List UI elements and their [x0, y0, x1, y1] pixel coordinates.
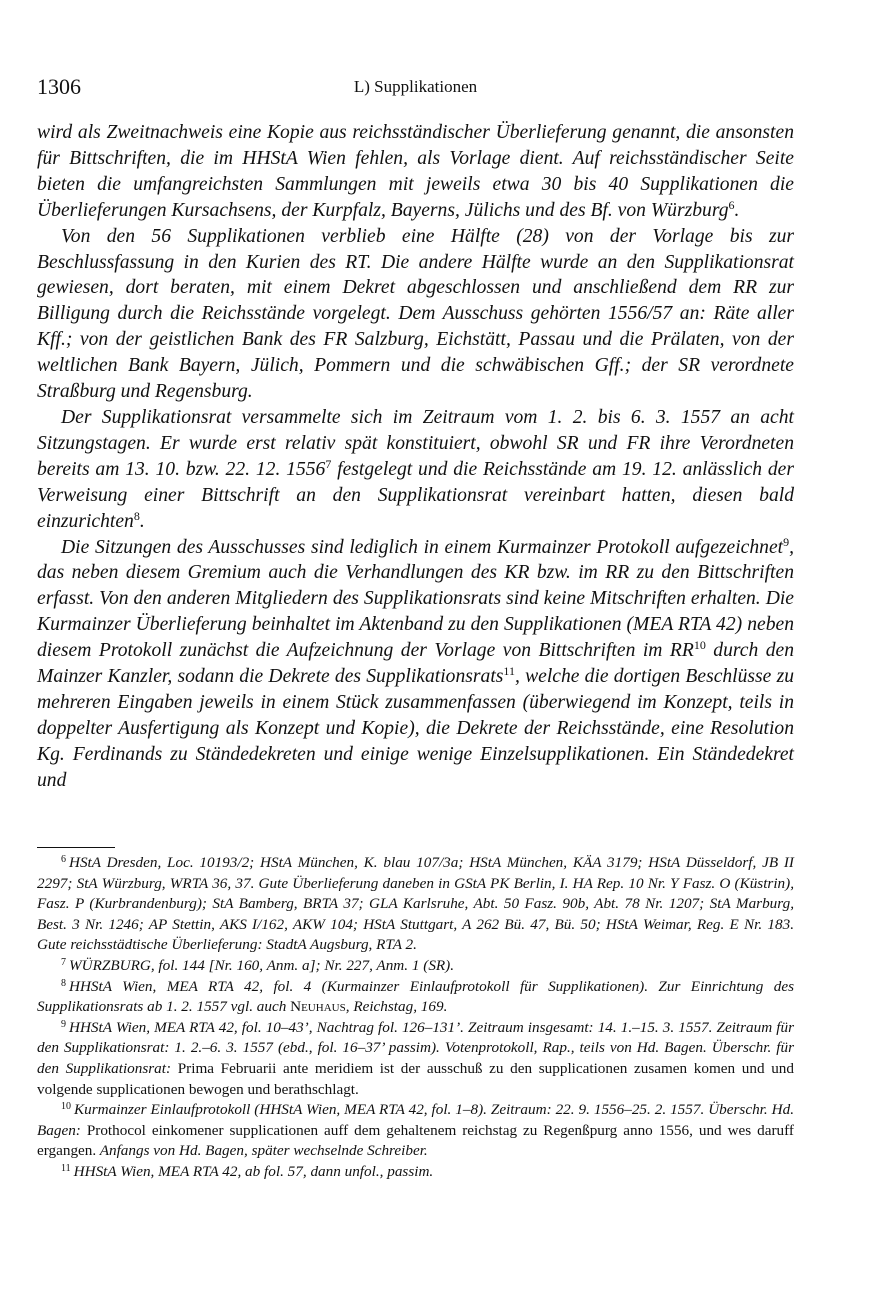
footnote-text: WÜRZBURG, fol. 144 [Nr. 160, Anm. a]; Nr…	[69, 957, 454, 974]
paragraph-text: Von den 56 Supplikationen verblieb eine …	[37, 226, 794, 402]
paragraph-2: Von den 56 Supplikationen verblieb eine …	[37, 224, 794, 405]
footnote-11: 11HHStA Wien, MEA RTA 42, ab fol. 57, da…	[37, 1162, 794, 1183]
paragraph-text: wird als Zweitnachweis eine Kopie aus re…	[37, 122, 794, 221]
footnote-text: HHStA Wien, MEA RTA 42, ab fol. 57, dann…	[74, 1163, 434, 1180]
footnote-text: Anfangs von Hd. Bagen, später wechselnde…	[96, 1142, 428, 1159]
paragraph-1: wird als Zweitnachweis eine Kopie aus re…	[37, 120, 794, 224]
paragraph-3: Der Supplikationsrat versammelte sich im…	[37, 405, 794, 535]
running-title: L) Supplikationen	[37, 77, 794, 97]
footnote-separator	[37, 847, 115, 848]
footnote-10: 10Kurmainzer Einlaufprotokoll (HHStA Wie…	[37, 1100, 794, 1162]
footnote-6: 6HStA Dresden, Loc. 10193/2; HStA Münche…	[37, 853, 794, 956]
paragraph-4: Die Sitzungen des Ausschusses sind ledig…	[37, 535, 794, 794]
footnote-number: 11	[61, 1163, 71, 1174]
footnote-number: 6	[61, 854, 66, 865]
footnote-number: 9	[61, 1019, 66, 1030]
footnote-ref-11[interactable]: 11	[503, 664, 515, 678]
footnotes: 6HStA Dresden, Loc. 10193/2; HStA Münche…	[37, 853, 794, 1183]
punctuation: .	[735, 200, 740, 221]
author-name: Neuhaus	[290, 998, 346, 1015]
footnote-number: 10	[61, 1101, 71, 1112]
footnote-text: , Reichstag, 169.	[346, 998, 448, 1015]
footnote-ref-10[interactable]: 10	[694, 638, 706, 652]
punctuation: .	[140, 511, 145, 532]
footnote-text: HStA Dresden, Loc. 10193/2; HStA München…	[37, 854, 794, 953]
footnote-number: 7	[61, 957, 66, 968]
footnote-8: 8HHStA Wien, MEA RTA 42, fol. 4 (Kurmain…	[37, 977, 794, 1018]
main-text: wird als Zweitnachweis eine Kopie aus re…	[37, 120, 794, 794]
running-header: 1306 L) Supplikationen	[37, 74, 794, 100]
footnote-number: 8	[61, 978, 66, 989]
footnote-9: 9HHStA Wien, MEA RTA 42, fol. 10–43’, Na…	[37, 1018, 794, 1100]
paragraph-text: Die Sitzungen des Ausschusses sind ledig…	[61, 537, 783, 558]
footnote-7: 7WÜRZBURG, fol. 144 [Nr. 160, Anm. a]; N…	[37, 956, 794, 977]
